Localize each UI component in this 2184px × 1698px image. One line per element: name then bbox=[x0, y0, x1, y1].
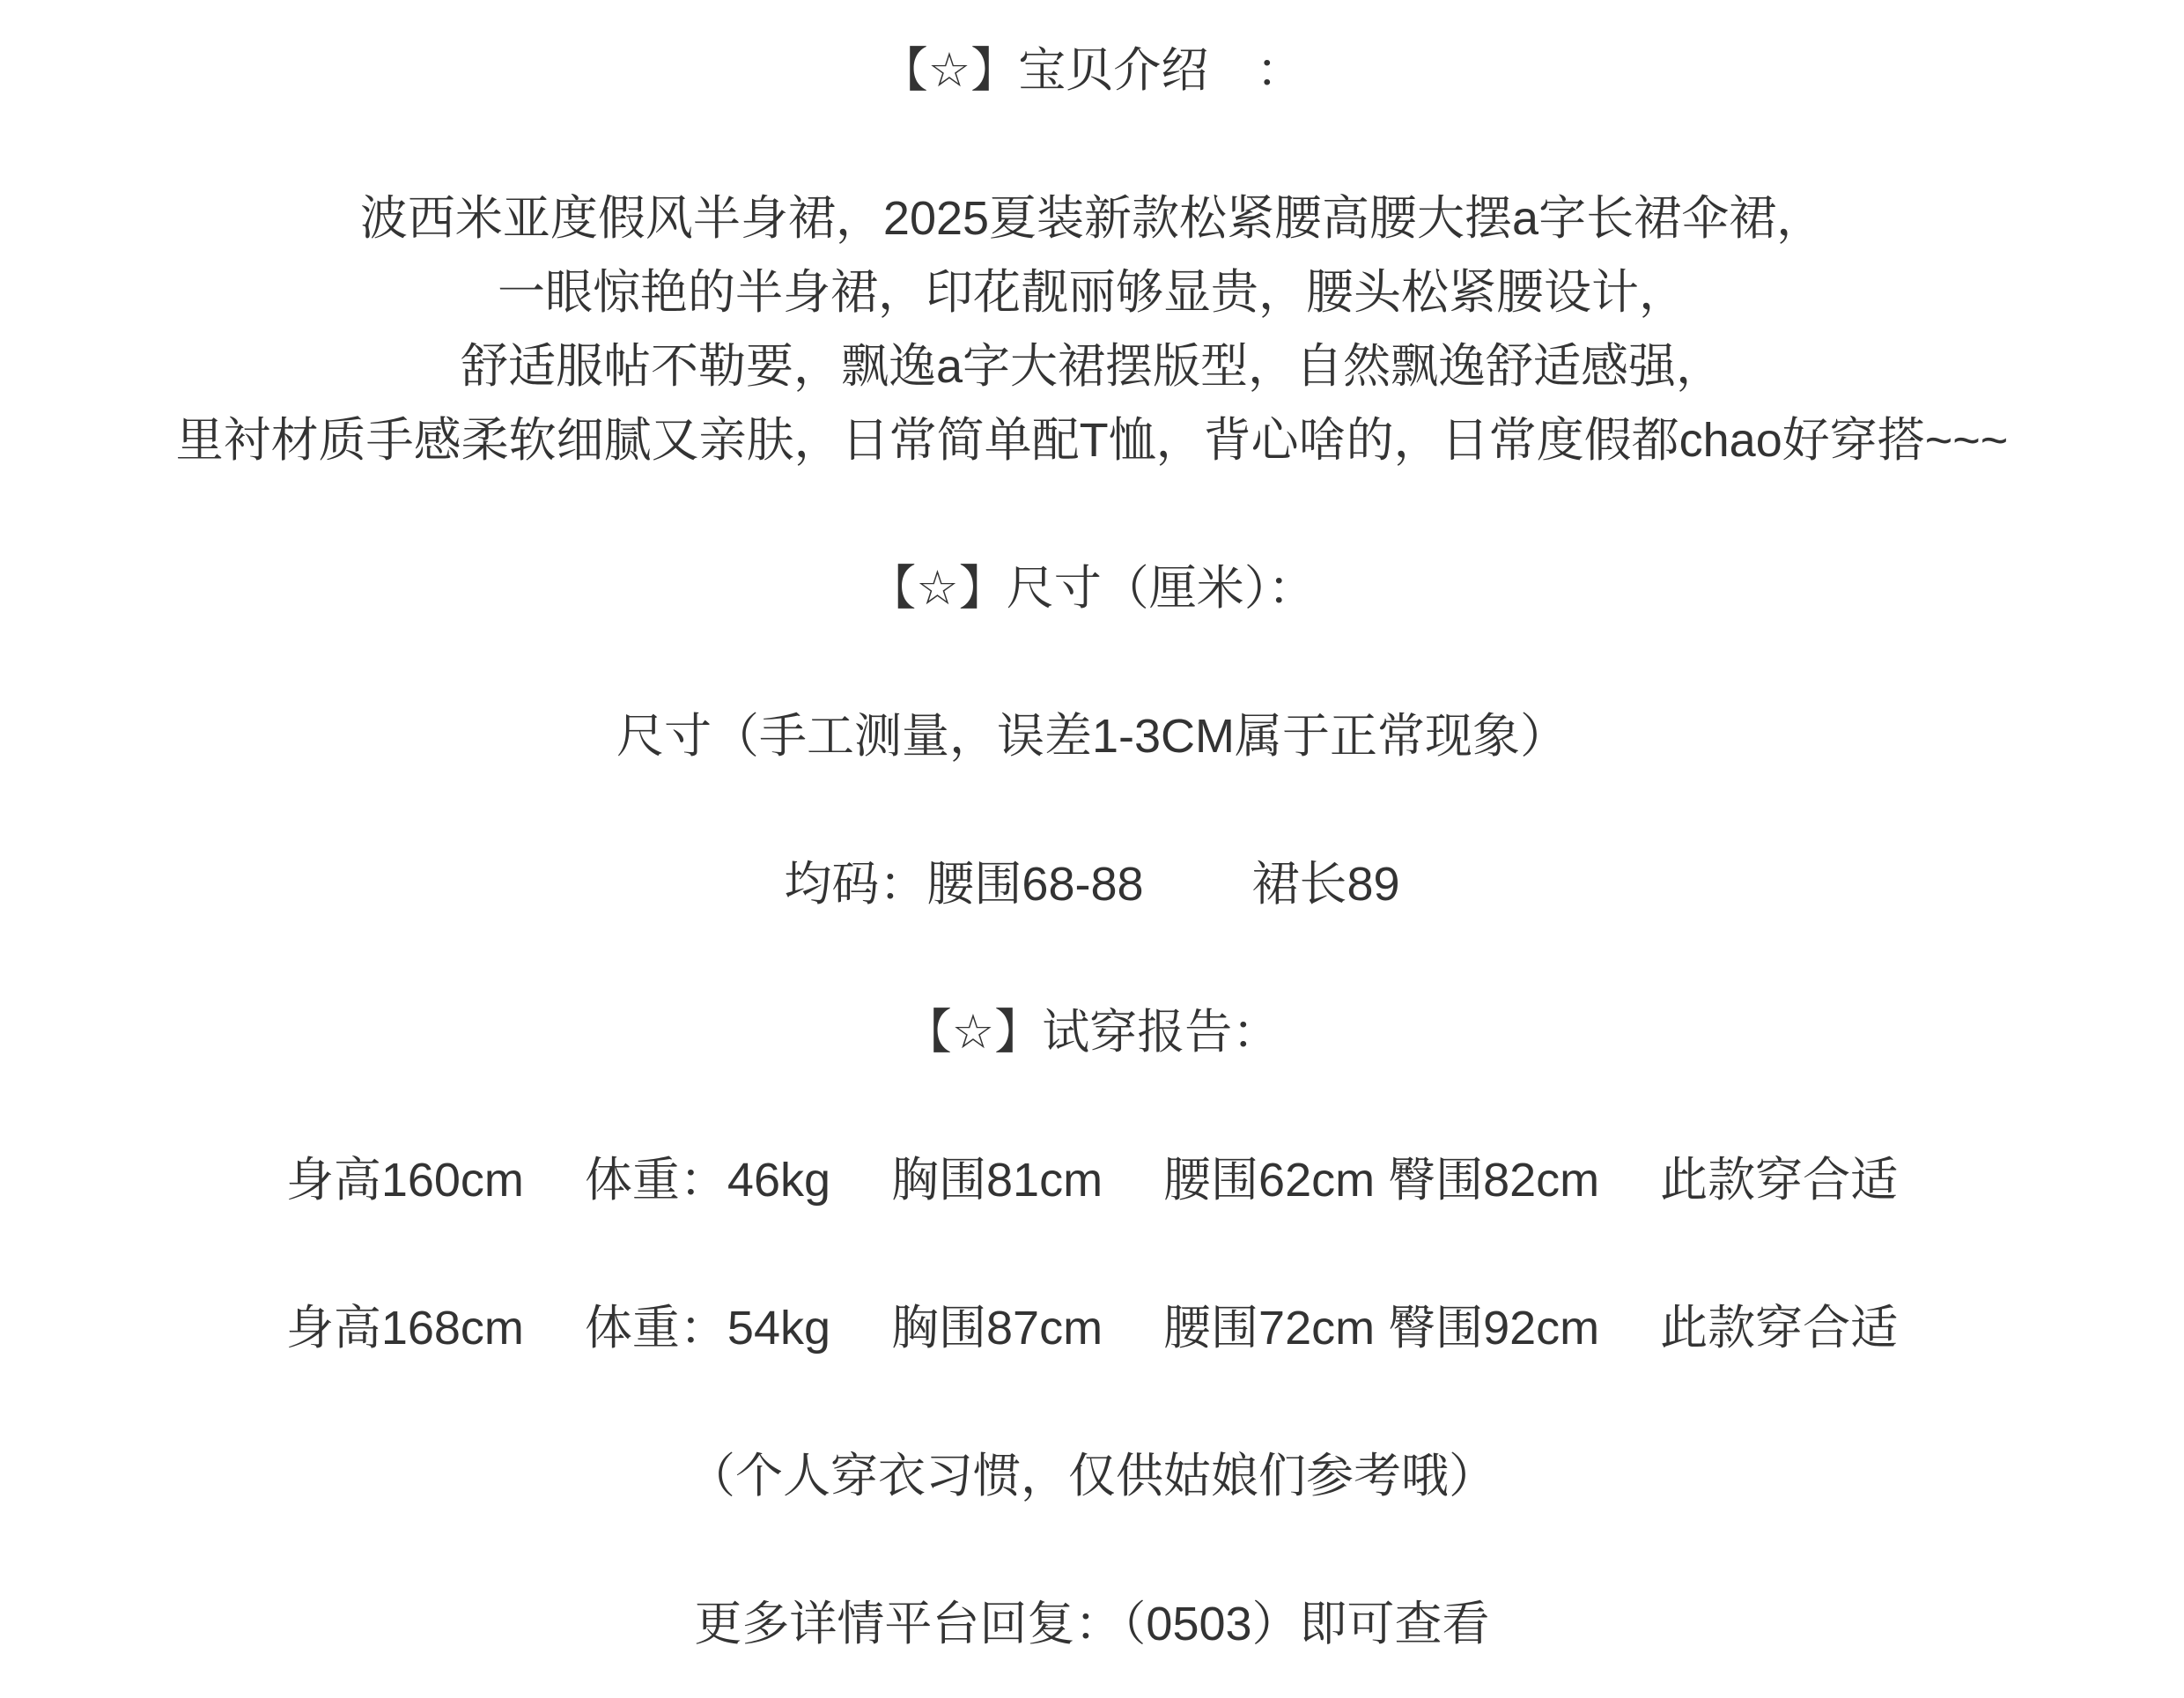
intro-desc-line-4: 里衬材质手感柔软细腻又亲肤，日常简单配T恤，背心啥的，日常度假都chao好穿搭~… bbox=[0, 403, 2184, 477]
intro-desc-line-2: 一眼惊艳的半身裙，印花靓丽够显贵，腰头松紧腰设计， bbox=[0, 255, 2184, 329]
fit-report-row-2: 身高168cm 体重：54kg 胸围87cm 腰围72cm 臀围92cm 此款穿… bbox=[0, 1291, 2184, 1365]
intro-desc-line-1: 波西米亚度假风半身裙，2025夏装新款松紧腰高腰大摆a字长裙伞裙， bbox=[0, 181, 2184, 255]
fit-report-disclaimer: （个人穿衣习惯，仅供姑娘们参考哦） bbox=[0, 1439, 2184, 1513]
more-details-reply-note: 更多详情平台回复：（0503）即可查看 bbox=[0, 1587, 2184, 1661]
size-section-heading: 【☆】尺寸（厘米）： bbox=[0, 551, 2184, 625]
fit-report-section-heading: 【☆】试穿报告： bbox=[0, 995, 2184, 1069]
size-spec-line: 均码：腰围68-88 裙长89 bbox=[0, 847, 2184, 921]
intro-desc-line-3: 舒适服帖不勒要，飘逸a字大裙摆版型，自然飘逸舒适感强， bbox=[0, 329, 2184, 403]
intro-section-heading: 【☆】宝贝介绍 ： bbox=[0, 33, 2184, 107]
size-measure-note: 尺寸（手工测量，误差1-3CM属于正常现象） bbox=[0, 699, 2184, 773]
fit-report-row-1: 身高160cm 体重：46kg 胸围81cm 腰围62cm 臀围82cm 此款穿… bbox=[0, 1143, 2184, 1217]
product-description: 【☆】宝贝介绍 ： 波西米亚度假风半身裙，2025夏装新款松紧腰高腰大摆a字长裙… bbox=[0, 0, 2184, 1661]
